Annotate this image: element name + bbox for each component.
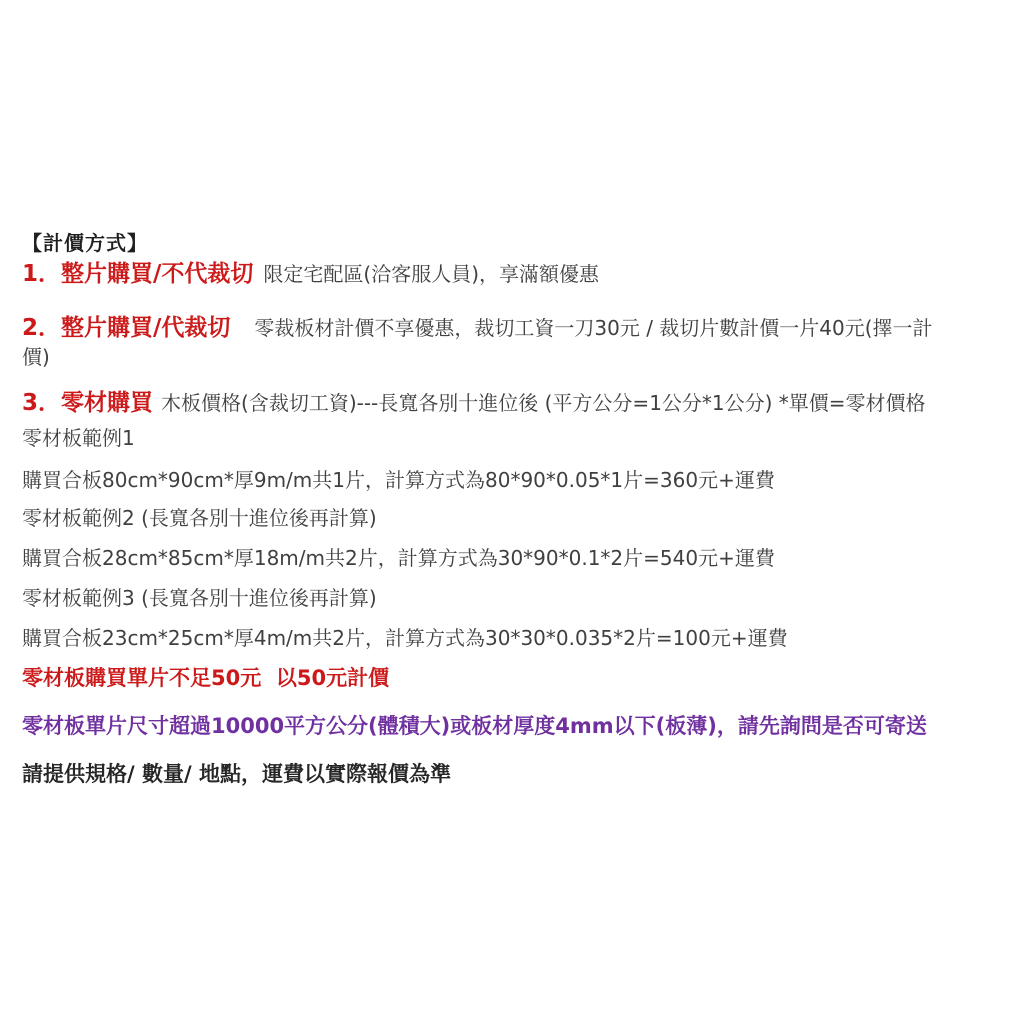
pricing-method-3: 3．零材購買木板價格(含裁切工資)---長寬各別十進位後 (平方公分=1公分*1… xyxy=(22,388,1016,418)
pricing-method-3-body: 木板價格(含裁切工資)---長寬各別十進位後 (平方公分=1公分*1公分) *單… xyxy=(153,391,926,415)
example-3-detail: 購買合板23cm*25cm*厚4m/m共2片，計算方式為30*30*0.035*… xyxy=(22,624,1016,652)
shipping-restriction-notice: 零材板單片尺寸超過10000平方公分(體積大)或板材厚度4mm以下(板薄)，請先… xyxy=(22,711,1016,741)
example-3-heading: 零材板範例3 (長寬各別十進位後再計算) xyxy=(22,584,1016,612)
pricing-method-2: 2．整片購買/代裁切零裁板材計價不享優惠，裁切工資一刀30元 / 裁切片數計價一… xyxy=(22,314,1016,343)
minimum-charge-notice: 零材板購買單片不足50元 以50元計價 xyxy=(22,663,1016,693)
pricing-method-1: 1．整片購買/不代裁切限定宅配區(洽客服人員)，享滿額優惠 xyxy=(22,259,1016,289)
pricing-method-1-body: 限定宅配區(洽客服人員)，享滿額優惠 xyxy=(253,262,599,286)
example-1-detail: 購買合板80cm*90cm*厚9m/m共1片，計算方式為80*90*0.05*1… xyxy=(22,466,1016,494)
quote-note: 請提供規格/ 數量/ 地點，運費以實際報價為準 xyxy=(22,759,1016,789)
pricing-document-page: 【計價方式】 1．整片購買/不代裁切限定宅配區(洽客服人員)，享滿額優惠 2．整… xyxy=(0,0,1024,1024)
pricing-method-2-body: 零裁板材計價不享優惠，裁切工資一刀30元 / 裁切片數計價一片40元(擇一計 xyxy=(230,316,932,340)
pricing-method-3-label: 3．零材購買 xyxy=(22,390,153,416)
example-2-heading: 零材板範例2 (長寬各別十進位後再計算) xyxy=(22,504,1016,532)
example-2-detail: 購買合板28cm*85cm*厚18m/m共2片，計算方式為30*90*0.1*2… xyxy=(22,544,1016,572)
page-title: 【計價方式】 xyxy=(22,229,1016,257)
pricing-document: 【計價方式】 1．整片購買/不代裁切限定宅配區(洽客服人員)，享滿額優惠 2．整… xyxy=(22,229,1016,789)
pricing-method-2-body-continued: 價) xyxy=(22,343,1016,372)
example-1-heading: 零材板範例1 xyxy=(22,424,1016,452)
pricing-method-1-label: 1．整片購買/不代裁切 xyxy=(22,261,253,287)
pricing-method-2-label: 2．整片購買/代裁切 xyxy=(22,315,230,341)
